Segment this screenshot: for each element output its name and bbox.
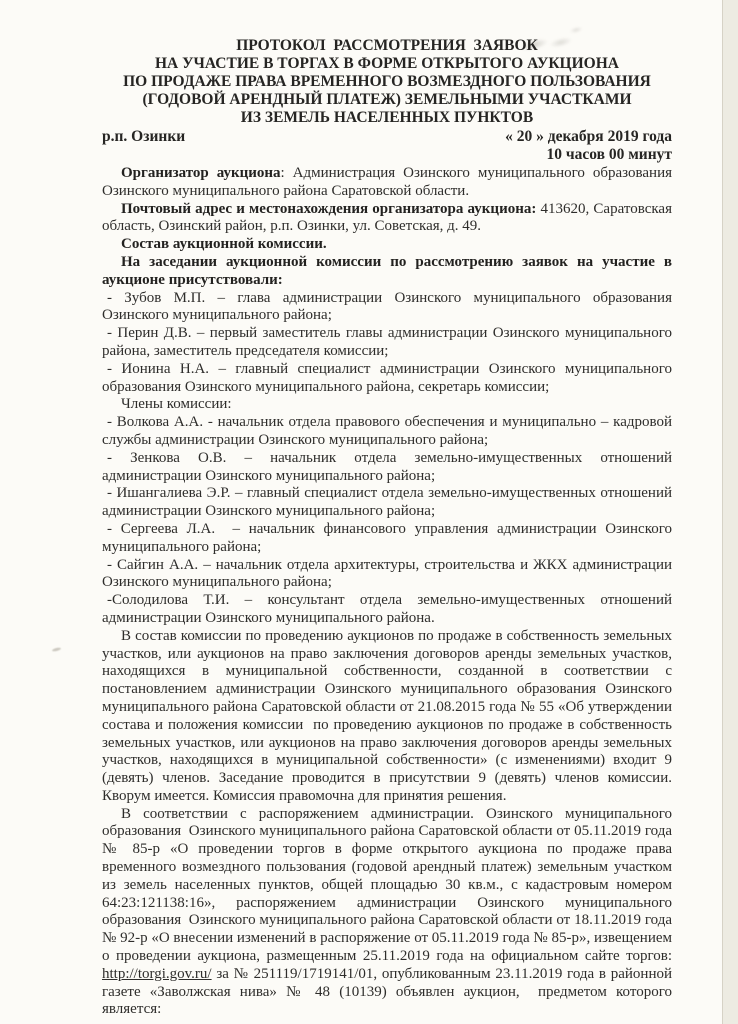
member-sergeeva: - Сергеева Л.А. – начальник финансового … — [102, 521, 672, 557]
text-segment: В состав комиссии по проведению аукционо… — [102, 628, 672, 804]
text-segment: - Зубов М.П. – глава администрации Озинс… — [102, 290, 672, 324]
text-segment: - Ионина Н.А. – главный специалист админ… — [102, 361, 672, 395]
text-segment: - Перин Д.В. – первый заместитель главы … — [102, 325, 672, 359]
bold-segment: Состав аукционной комиссии. — [121, 236, 327, 252]
auction-basis-paragraph: В соответствии с распоряжением администр… — [102, 806, 672, 1020]
dateline: р.п. Озинки « 20 » декабря 2019 года — [102, 128, 672, 146]
document-body: Организатор аукциона: Администрация Озин… — [102, 165, 672, 1019]
dateline-time: 10 часов 00 минут — [102, 146, 672, 164]
text-segment: - Сайгин А.А. – начальник отдела архитек… — [102, 557, 672, 591]
member-perin: - Перин Д.В. – первый заместитель главы … — [102, 325, 672, 361]
text-segment: -Солодилова Т.И. – консультант отдела зе… — [102, 592, 672, 626]
commission-heading: Состав аукционной комиссии. — [102, 236, 672, 254]
bold-segment: Почтовый адрес и местонахождения организ… — [121, 201, 536, 217]
title-line-5: ИЗ ЗЕМЕЛЬ НАСЕЛЕННЫХ ПУНКТОВ — [102, 109, 672, 127]
member-ionina: - Ионина Н.А. – главный специалист админ… — [102, 361, 672, 397]
text-segment: В соответствии с распоряжением администр… — [102, 806, 672, 964]
title-line-1: ПРОТОКОЛ РАССМОТРЕНИЯ ЗАЯВОК — [102, 37, 672, 55]
document-content: ПРОТОКОЛ РАССМОТРЕНИЯ ЗАЯВОК НА УЧАСТИЕ … — [102, 37, 672, 1019]
title-line-3: ПО ПРОДАЖЕ ПРАВА ВРЕМЕННОГО ВОЗМЕЗДНОГО … — [102, 73, 672, 91]
members-subheading: Члены комиссии: — [102, 396, 672, 414]
scan-speck — [52, 647, 61, 652]
member-zubov: - Зубов М.П. – глава администрации Озинс… — [102, 290, 672, 326]
bold-segment: На заседании аукционной комиссии по расс… — [102, 254, 672, 288]
text-segment: - Сергеева Л.А. – начальник финансового … — [102, 521, 672, 555]
dateline-place: р.п. Озинки — [102, 128, 185, 146]
member-volkova: - Волкова А.А. - начальник отдела правов… — [102, 414, 672, 450]
text-segment: Члены комиссии: — [121, 396, 232, 412]
text-segment: - Ишангалиева Э.Р. – главный специалист … — [102, 485, 672, 519]
member-solodilova: -Солодилова Т.И. – консультант отдела зе… — [102, 592, 672, 628]
member-ishangalieva: - Ишангалиева Э.Р. – главный специалист … — [102, 485, 672, 521]
text-segment: - Волкова А.А. - начальник отдела правов… — [102, 414, 672, 448]
scan-edge-shadow — [722, 0, 738, 1024]
attendees-heading: На заседании аукционной комиссии по расс… — [102, 254, 672, 290]
text-segment: - Зенкова О.В. – начальник отдела земель… — [102, 450, 672, 484]
bold-segment: Организатор аукциона — [121, 165, 281, 181]
title-line-2: НА УЧАСТИЕ В ТОРГАХ В ФОРМЕ ОТКРЫТОГО АУ… — [102, 55, 672, 73]
title-line-4: (ГОДОВОЙ АРЕНДНЫЙ ПЛАТЕЖ) ЗЕМЕЛЬНЫМИ УЧА… — [102, 91, 672, 109]
dateline-date: « 20 » декабря 2019 года — [505, 128, 672, 146]
document-title: ПРОТОКОЛ РАССМОТРЕНИЯ ЗАЯВОК НА УЧАСТИЕ … — [102, 37, 672, 127]
member-saygin: - Сайгин А.А. – начальник отдела архитек… — [102, 557, 672, 593]
commission-composition-paragraph: В состав комиссии по проведению аукционо… — [102, 628, 672, 806]
member-zenkova: - Зенкова О.В. – начальник отдела земель… — [102, 450, 672, 486]
torgi-url-text: http://torgi.gov.ru/ — [102, 966, 212, 982]
document-page: ПРОТОКОЛ РАССМОТРЕНИЯ ЗАЯВОК НА УЧАСТИЕ … — [0, 0, 738, 1024]
organizer-paragraph: Организатор аукциона: Администрация Озин… — [102, 165, 672, 201]
address-paragraph: Почтовый адрес и местонахождения организ… — [102, 201, 672, 237]
